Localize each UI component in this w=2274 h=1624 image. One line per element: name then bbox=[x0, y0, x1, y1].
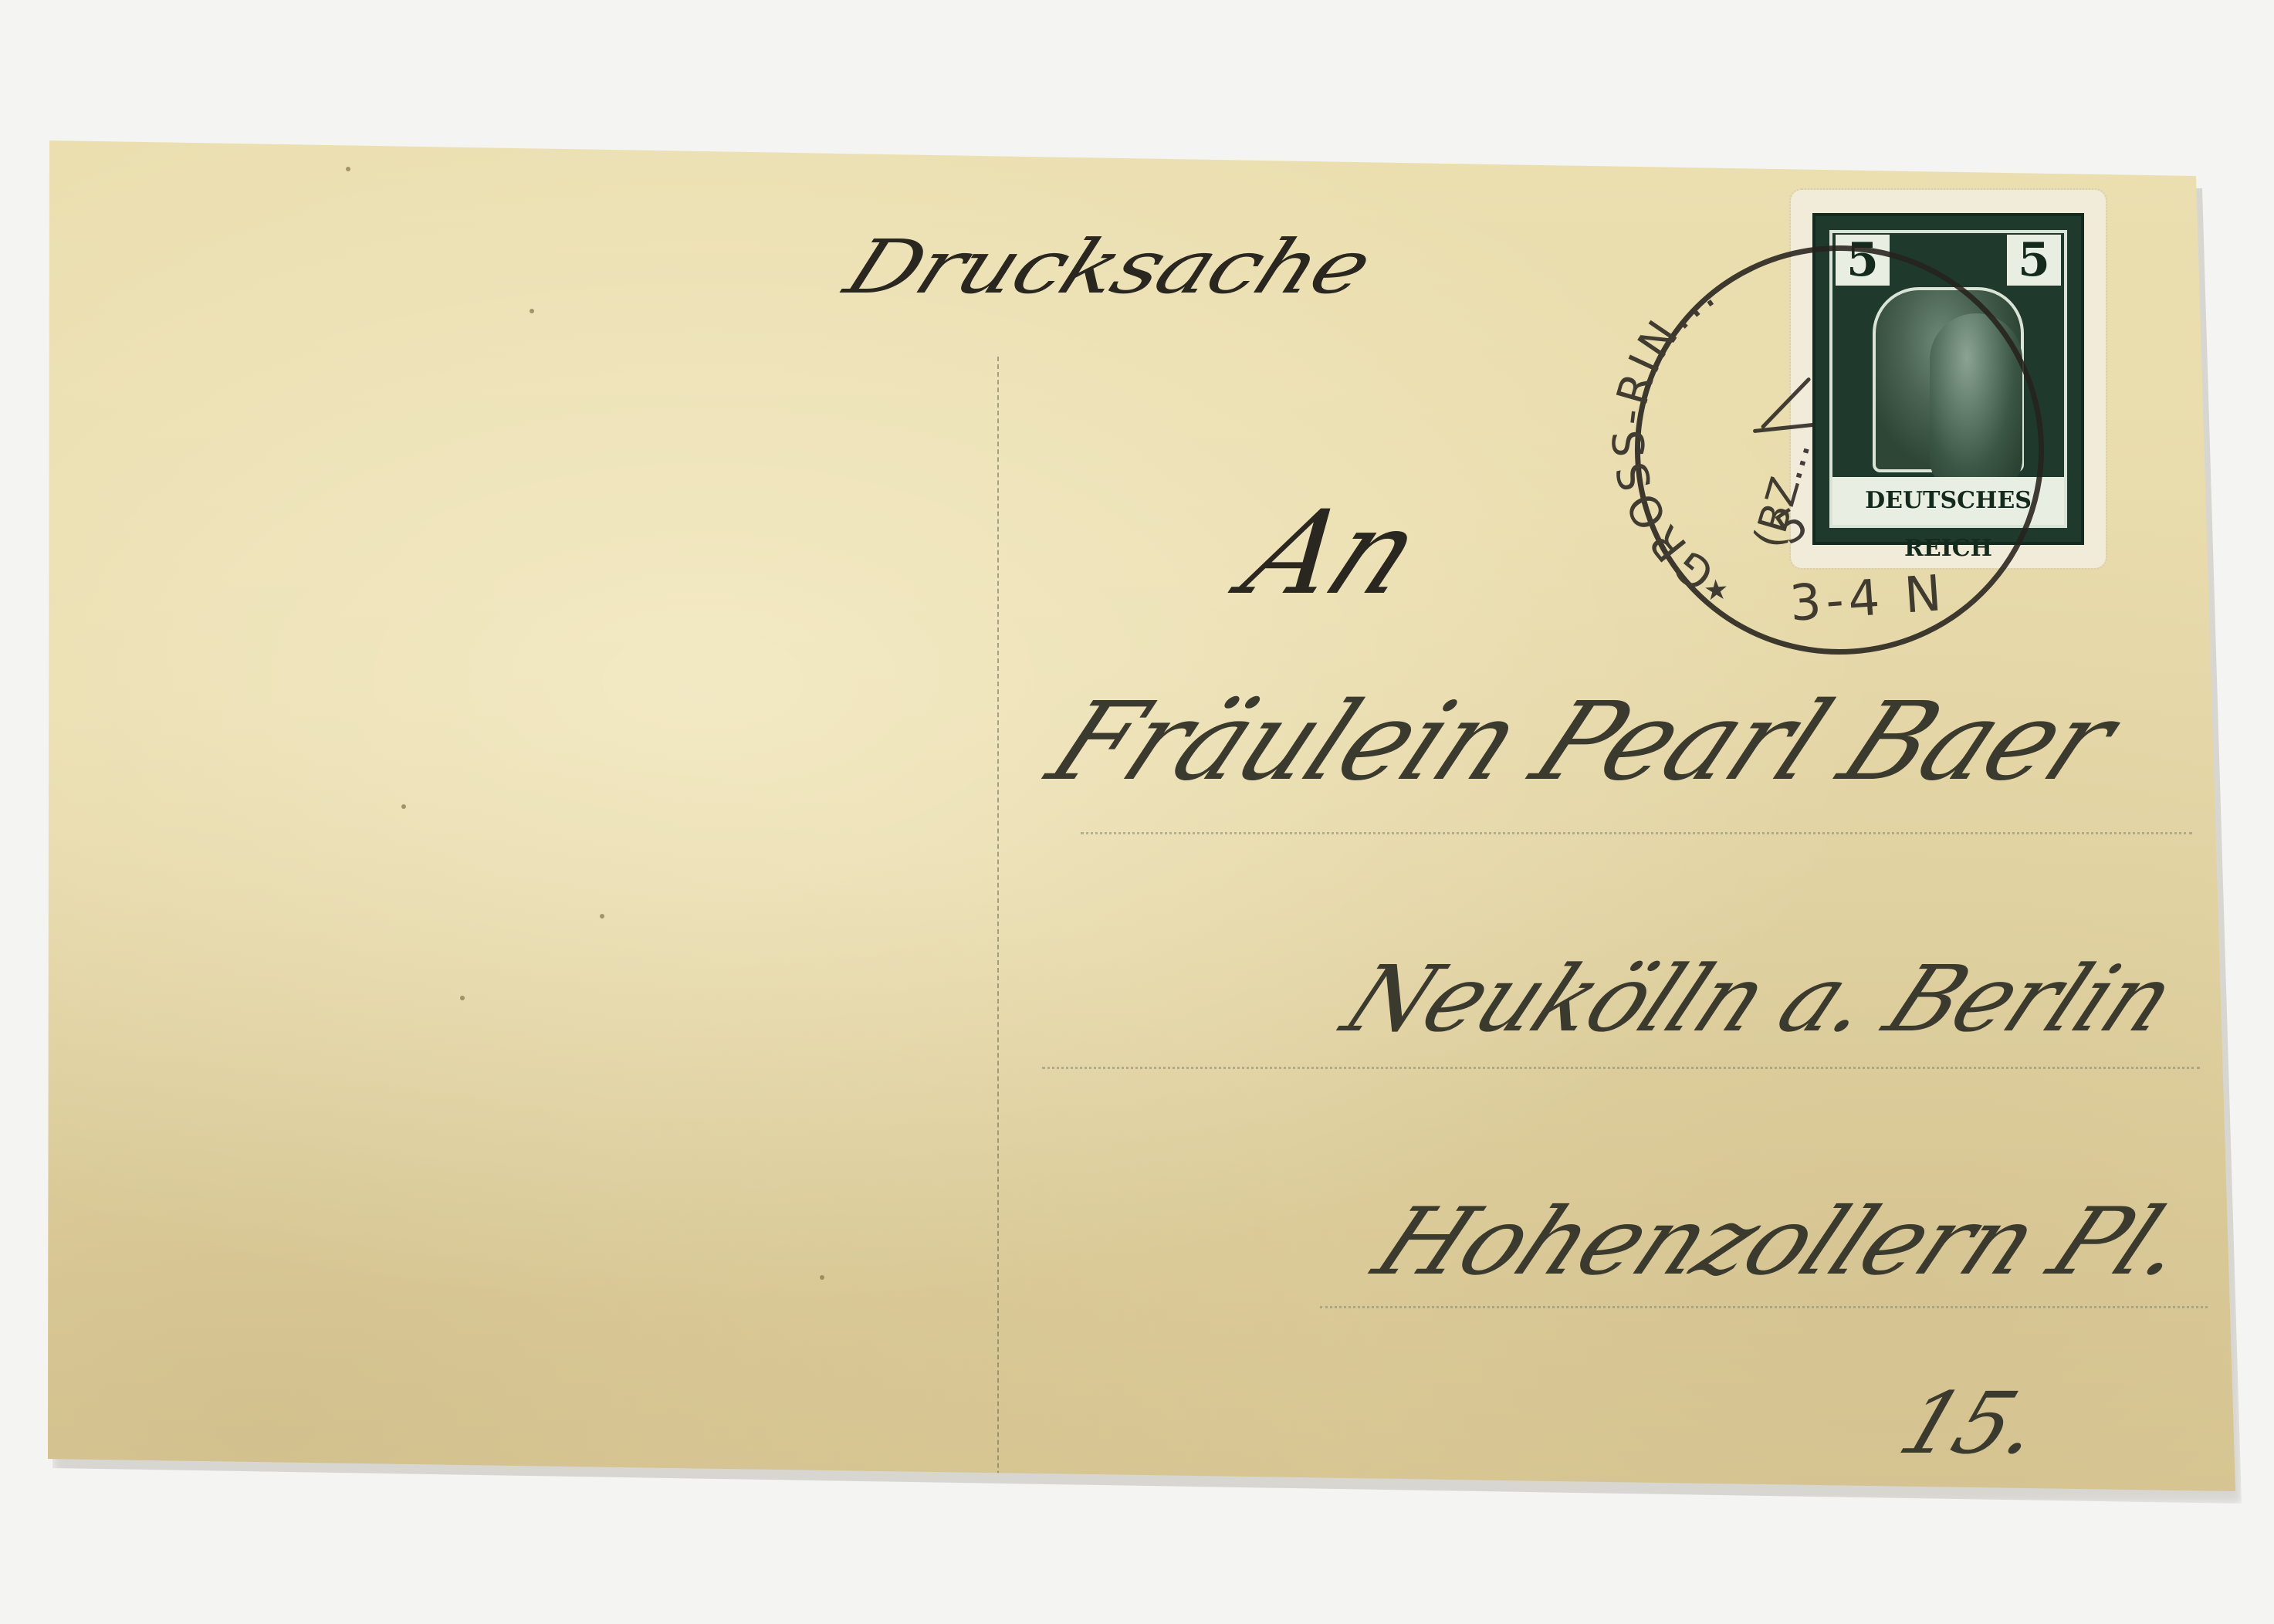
address-recipient: Fräulein Pearl Baer bbox=[1030, 679, 2134, 805]
address-guide-line-1 bbox=[1081, 832, 2192, 834]
postmark-time: 3-4 N bbox=[1788, 565, 1947, 633]
paper-speck bbox=[600, 914, 604, 919]
address-city: Neukölln a. Berlin bbox=[1328, 946, 2191, 1052]
postmark-star-icon: ★ bbox=[1703, 573, 1730, 607]
postmark: GROSS-RIN... (BZ... 5 ★ 3-4 N bbox=[1621, 232, 2058, 668]
address-guide-line-2 bbox=[1042, 1067, 2200, 1069]
printed-matter-label: Drucksache bbox=[834, 224, 1383, 310]
card-divider-line bbox=[997, 357, 999, 1576]
paper-speck bbox=[401, 804, 406, 809]
paper-speck bbox=[460, 996, 465, 1000]
paper-speck bbox=[820, 1275, 824, 1280]
address-street: Hohenzollern Pl. bbox=[1359, 1189, 2206, 1296]
address-guide-line-3 bbox=[1320, 1306, 2208, 1308]
paper-speck bbox=[346, 167, 350, 171]
paper-speck bbox=[530, 309, 534, 313]
